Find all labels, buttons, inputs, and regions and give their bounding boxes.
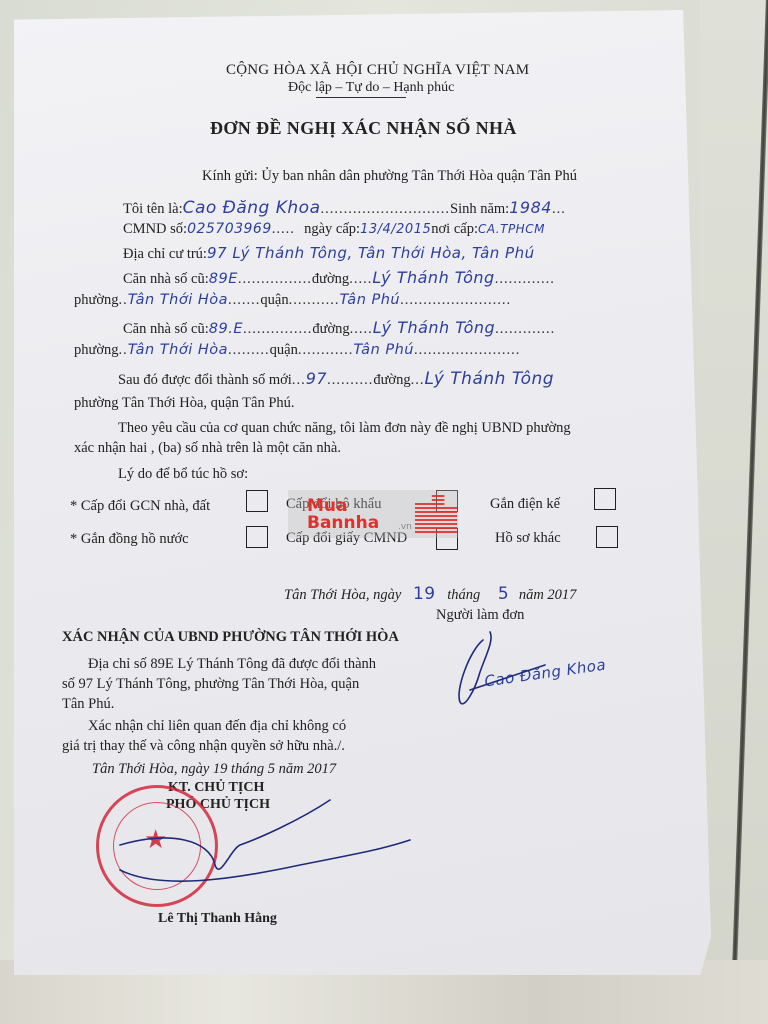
signature-strokes [0, 0, 768, 1024]
